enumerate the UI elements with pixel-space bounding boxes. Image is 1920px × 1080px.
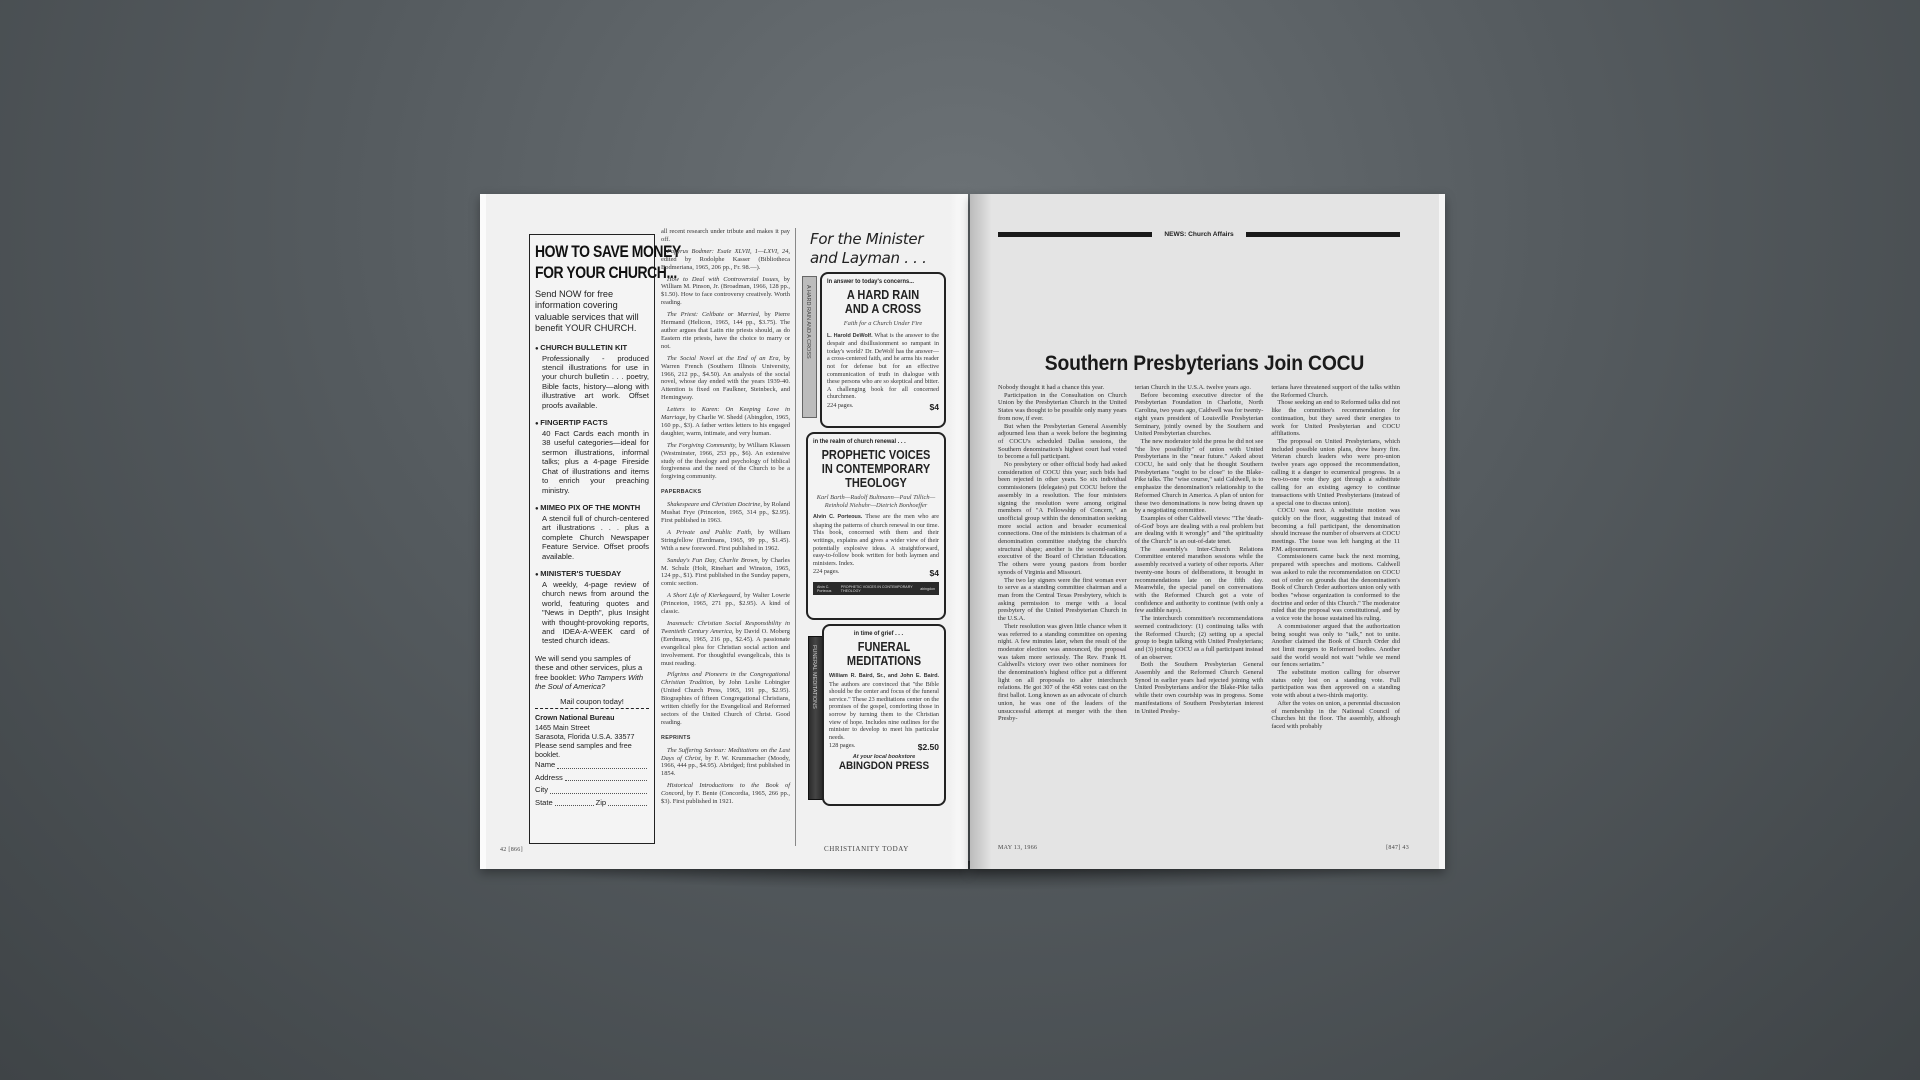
book-kicker: in the realm of church renewal . . . (813, 438, 926, 445)
book-author: William R. Baird, Sr., and John E. Baird… (829, 673, 939, 679)
paragraph: Before becoming executive director of th… (1135, 392, 1264, 438)
magazine-spread: HOW TO SAVE MONEY FOR YOUR CHURCH... Sen… (480, 194, 1445, 869)
paragraph: The substitute motion calling for observ… (1271, 669, 1400, 700)
article-headline: Southern Presbyterians Join COCU (989, 352, 1420, 376)
left-page: HOW TO SAVE MONEY FOR YOUR CHURCH... Sen… (480, 194, 968, 869)
book-footer: 128 pages.$2.50 (829, 742, 939, 752)
paragraph: The assembly's Inter-Church Relations Co… (1135, 546, 1264, 615)
mail-coupon-label: Mail coupon today! (535, 697, 649, 709)
book-subtitle: Faith for a Church Under Fire (827, 320, 939, 328)
review-entry: Inasmuch: Christian Social Responsibilit… (661, 620, 790, 667)
book-pages: 224 pages. (813, 568, 839, 578)
review-title: A Short Life of Kierkegaard, (667, 592, 742, 599)
review-entry: How to Deal with Controversial Issues, b… (661, 276, 790, 308)
paragraph: Their resolution was given little chance… (998, 623, 1127, 723)
review-entry: Shakespeare and Christian Doctrine, by R… (661, 501, 790, 525)
spine-text: FUNERAL MEDITATIONS (811, 645, 817, 709)
magazine-name: CHRISTIANITY TODAY (824, 845, 909, 853)
ad-headline-line-1: HOW TO SAVE MONEY (535, 241, 628, 262)
book-subtitle: Karl Barth—Rudolf Bultmann—Paul Tillich—… (813, 494, 939, 509)
field-line (555, 797, 594, 807)
review-title: The Social Novel at the End of an Era, (667, 355, 780, 362)
book-author: Alvin C. Porteous. (813, 514, 862, 520)
paragraph: terians have threatened support of the t… (1271, 384, 1400, 399)
reprints-heading: REPRINTS (661, 735, 790, 743)
ad-item: MIMEO PIX OF THE MONTH A stencil full of… (535, 503, 649, 561)
paragraph: No presbytery or other official body had… (998, 461, 1127, 577)
book-description: Alvin C. Porteous. These are the men who… (813, 513, 939, 567)
paragraph: After the votes on union, a perennial di… (1271, 700, 1400, 731)
review-entry: A Private and Public Faith, by William S… (661, 529, 790, 553)
books-heading-line-2: and Layman . . . (802, 249, 954, 268)
book-footer: 224 pages.$4 (813, 568, 939, 578)
book-price: $4 (930, 568, 939, 578)
review-text: edited by Rodolphe Kasser (Bibliotheca B… (661, 256, 790, 271)
paragraph: Participation in the Consultation on Chu… (998, 392, 1127, 423)
paragraph: terian Church in the U.S.A. twelve years… (1135, 384, 1264, 392)
city-line: Sarasota, Florida U.S.A. 33577 (535, 732, 634, 741)
review-title: The Forgiving Community, (667, 442, 737, 449)
left-page-number: 42 [866] (500, 847, 523, 853)
ad-item-body: Professionally - produced stencil illust… (535, 354, 649, 410)
right-page-number: [847] 43 (1386, 845, 1409, 851)
paragraph: But when the Presbyterian General Assemb… (998, 423, 1127, 462)
spine-text: A HARD RAIN AND A CROSS (805, 285, 811, 359)
section-header: NEWS: Church Affairs (998, 231, 1400, 238)
book-kicker: in time of grief . . . (829, 630, 928, 637)
book-ad-prophetic-voices: in the realm of church renewal . . . PRO… (806, 432, 946, 620)
books-heading-line-1: For the Minister (802, 230, 954, 249)
paragraph: The proposal on United Presbyterians, wh… (1271, 438, 1400, 507)
field-label: City (535, 784, 548, 797)
coupon-city-field: City (535, 784, 649, 797)
ad-offer: We will send you samples of these and ot… (535, 654, 649, 692)
paragraph: A commissioner argued that the authoriza… (1271, 623, 1400, 669)
ad-item-body: 40 Fact Cards each month in 38 useful ca… (535, 429, 649, 495)
review-continued: all recent research under tribute and ma… (661, 228, 790, 244)
field-line (565, 772, 647, 782)
field-label: Address (535, 772, 563, 785)
field-line (608, 797, 647, 807)
ad-item-title: FINGERTIP FACTS (535, 418, 649, 429)
article-column-2: terian Church in the U.S.A. twelve years… (1135, 384, 1264, 824)
ad-item: CHURCH BULLETIN KIT Professionally - pro… (535, 343, 649, 410)
field-label: State (535, 797, 553, 810)
section-rule-right (1246, 232, 1400, 237)
field-label: Zip (596, 797, 607, 810)
review-entry: The Suffering Saviour: Meditations on th… (661, 747, 790, 779)
paragraph: Commissioners came back the next morning… (1271, 553, 1400, 622)
review-title: How to Deal with Controversial Issues, (667, 276, 780, 283)
paragraph: Nobody thought it had a chance this year… (998, 384, 1127, 392)
review-entry: The Social Novel at the End of an Era, b… (661, 355, 790, 402)
section-rule-left (998, 232, 1152, 237)
review-entry: The Forgiving Community, by William Klas… (661, 442, 790, 482)
article-column-1: Nobody thought it had a chance this year… (998, 384, 1127, 824)
book-cover-banner: Alvin C. PorteousPROPHETIC VOICES IN CON… (813, 582, 939, 595)
book-title: FUNERALMEDITATIONS (836, 640, 933, 668)
book-title: PROPHETIC VOICESIN CONTEMPORARYTHEOLOGY (821, 448, 932, 490)
abingdon-books-ad: For the Minister and Layman . . . A HARD… (802, 230, 954, 850)
article-body: Nobody thought it had a chance this year… (998, 384, 1400, 824)
paragraph: The new moderator told the press he did … (1135, 438, 1264, 515)
book-ad-funeral-meditations: in time of grief . . . FUNERALMEDITATION… (822, 624, 946, 806)
book-author: L. Harold DeWolf. (827, 333, 873, 339)
ad-item-body: A stencil full of church-centered art il… (535, 514, 649, 561)
review-title: Sunday's Fun Day, Charlie Brown, (667, 557, 759, 564)
coupon-name-field: Name (535, 759, 649, 772)
review-entry: Sunday's Fun Day, Charlie Brown, by Char… (661, 557, 790, 589)
ad-item-title: MIMEO PIX OF THE MONTH (535, 503, 649, 514)
field-label: Name (535, 759, 555, 772)
article-column-3: terians have threatened support of the t… (1271, 384, 1400, 824)
coupon-state-zip-field: StateZip (535, 797, 649, 810)
ad-item-title: MINISTER'S TUESDAY (535, 569, 649, 580)
paragraph: Examples of other Caldwell views: "The '… (1135, 515, 1264, 546)
ad-item-title: CHURCH BULLETIN KIT (535, 343, 649, 354)
coupon-address-field: Address (535, 772, 649, 785)
book-title: A HARD RAINAND A CROSS (834, 288, 933, 316)
review-title: Papyrus Bodmer: Esaïe XLVII, 1—LXVI, 24, (667, 248, 790, 255)
paragraph: Those seeking an end to Reformed talks d… (1271, 399, 1400, 438)
book-description: L. Harold DeWolf. What is the answer to … (827, 332, 939, 401)
book-price: $4 (930, 402, 939, 412)
street: 1465 Main Street (535, 723, 590, 732)
ad-item: MINISTER'S TUESDAY A weekly, 4-page revi… (535, 569, 649, 646)
book-price: $2.50 (918, 742, 939, 752)
book-footer: 224 pages.$4 (827, 402, 939, 412)
company-name: Crown National Bureau (535, 713, 614, 722)
field-line (557, 759, 647, 769)
review-entry: Letters to Karen: On Keeping Love in Mar… (661, 406, 790, 438)
book-kicker: In answer to today's concerns... (827, 278, 928, 285)
paragraph: COCU was next. A substitute motion was q… (1271, 507, 1400, 553)
paragraph: The two lay signers were the first woman… (998, 577, 1127, 623)
book-ad-hard-rain: In answer to today's concerns... A HARD … (820, 272, 946, 428)
book-description: William R. Baird, Sr., and John E. Baird… (829, 672, 939, 741)
publisher-name: ABINGDON PRESS (835, 760, 934, 772)
review-text: by Warren French (Southern Illinois Univ… (661, 355, 790, 402)
book-spine-funeral-meditations: FUNERAL MEDITATIONS (808, 636, 823, 800)
review-entry: The Priest: Celibate or Married, by Pier… (661, 311, 790, 351)
ad-headline-line-2: FOR YOUR CHURCH... (535, 262, 628, 283)
book-spine-hard-rain: A HARD RAIN AND A CROSS (802, 276, 817, 418)
request-text: Please send samples and free booklet. (535, 741, 632, 759)
review-title: Shakespeare and Christian Doctrine, (667, 501, 762, 508)
review-entry: Papyrus Bodmer: Esaïe XLVII, 1—LXVI, 24,… (661, 248, 790, 272)
right-page: NEWS: Church Affairs Southern Presbyteri… (970, 194, 1445, 869)
issue-date: MAY 13, 1966 (998, 845, 1037, 851)
ad-item-body: A weekly, 4-page review of church news f… (535, 580, 649, 646)
field-line (550, 784, 647, 794)
review-entry: Pilgrims and Pioneers in the Congregatio… (661, 671, 790, 726)
book-pages: 128 pages. (829, 742, 855, 752)
paragraph: The interchurch committee's recommendati… (1135, 615, 1264, 661)
review-entry: Historical Introductions to the Book of … (661, 782, 790, 806)
paperbacks-heading: PAPERBACKS (661, 489, 790, 497)
review-text: by John Leslie Lobingier (United Church … (661, 679, 790, 726)
review-title: The Priest: Celibate or Married, (667, 311, 760, 318)
paragraph: Both the Southern Presbyterian General A… (1135, 661, 1264, 715)
review-entry: A Short Life of Kierkegaard, by Walter L… (661, 592, 790, 616)
section-label: NEWS: Church Affairs (1152, 231, 1245, 238)
review-title: A Private and Public Faith, (667, 529, 752, 536)
ad-intro: Send NOW for free information covering v… (535, 289, 649, 335)
book-pages: 224 pages. (827, 402, 853, 412)
crown-bureau-ad: HOW TO SAVE MONEY FOR YOUR CHURCH... Sen… (529, 234, 655, 844)
book-reviews-column: all recent research under tribute and ma… (661, 228, 796, 846)
coupon-address: Crown National Bureau 1465 Main Street S… (535, 713, 649, 759)
ad-item: FINGERTIP FACTS 40 Fact Cards each month… (535, 418, 649, 495)
